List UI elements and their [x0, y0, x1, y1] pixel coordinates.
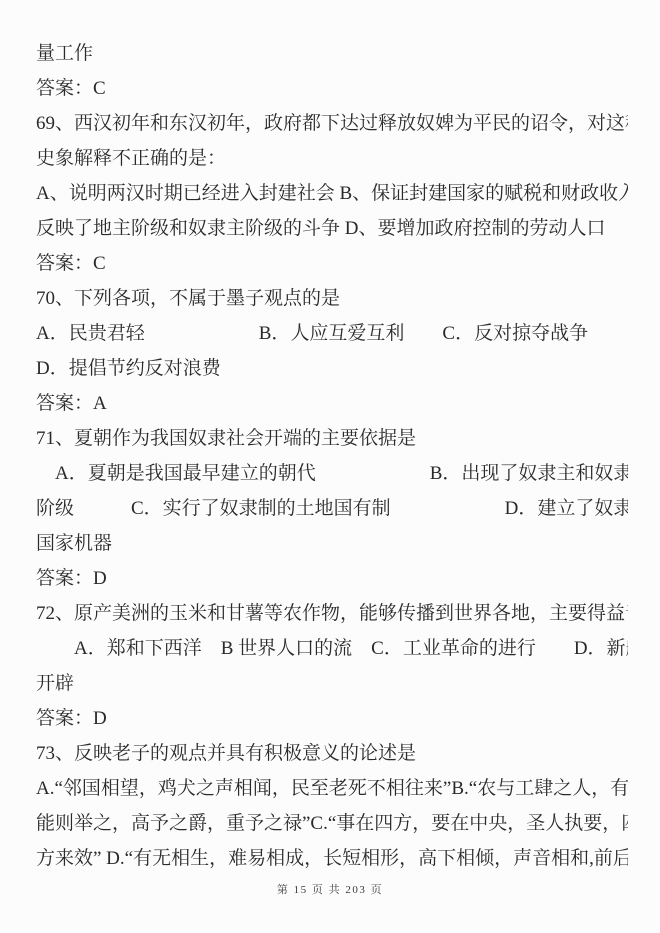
page-text-content: 量工作 答案：C 69、西汉初年和东汉初年，政府都下达过释放奴婢为平民的诏令，对…: [36, 36, 628, 876]
exam-document-page: 量工作 答案：C 69、西汉初年和东汉初年，政府都下达过释放奴婢为平民的诏令，对…: [0, 0, 660, 933]
question-72-options-line-2: 开辟: [36, 666, 628, 701]
question-69-answer-line: 答案：C: [36, 246, 628, 281]
question-70-answer-line: 答案：A: [36, 386, 628, 421]
question-73-options-line-2: 能则举之，高予之爵，重予之禄”C.“事在四方，要在中央，圣人执要，四: [36, 806, 628, 841]
question-71-options-line-3: 国家机器: [36, 526, 628, 561]
question-72-options-line-1: A．郑和下西洋 B 世界人口的流 C．工业革命的进行 D．新航路的: [36, 631, 628, 666]
prev-question-answer-line: 答案：C: [36, 71, 628, 106]
question-72-answer-line: 答案：D: [36, 701, 628, 736]
question-71-options-line-2: 阶级 C．实行了奴隶制的土地国有制 D．建立了奴隶制: [36, 491, 628, 526]
question-69-options-line-1: A、说明两汉时期已经进入封建社会 B、保证封建国家的赋税和财政收入 C、: [36, 176, 628, 211]
question-73-options-line-1: A.“邻国相望，鸡犬之声相闻，民至老死不相往来”B.“农与工肆之人，有: [36, 771, 628, 806]
question-71-options-line-1: A．夏朝是我国最早建立的朝代 B．出现了奴隶主和奴隶: [36, 456, 628, 491]
question-73-options-line-3: 方来效” D.“有无相生，难易相成，长短相形，高下相倾，声音相和,前后: [36, 841, 628, 876]
question-70-options-line-1: A．民贵君轻 B．人应互爱互利 C．反对掠夺战争: [36, 316, 628, 351]
question-72-stem-line: 72、原产美洲的玉米和甘薯等农作物，能够传播到世界各地，主要得益于: [36, 596, 628, 631]
question-69-stem-line-1: 69、西汉初年和东汉初年，政府都下达过释放奴婢为平民的诏令，对这种历: [36, 106, 628, 141]
question-73-stem-line: 73、反映老子的观点并具有积极意义的论述是: [36, 736, 628, 771]
question-69-options-line-2: 反映了地主阶级和奴隶主阶级的斗争 D、要增加政府控制的劳动人口: [36, 211, 628, 246]
question-71-answer-line: 答案：D: [36, 561, 628, 596]
prev-question-continuation-line: 量工作: [36, 36, 628, 71]
page-number-indicator: 第 15 页 共 203 页: [277, 884, 383, 896]
question-70-stem-line: 70、下列各项，不属于墨子观点的是: [36, 281, 628, 316]
question-70-options-line-2: D．提倡节约反对浪费: [36, 351, 628, 386]
page-footer: 第 15 页 共 203 页: [0, 882, 660, 898]
question-71-stem-line: 71、夏朝作为我国奴隶社会开端的主要依据是: [36, 421, 628, 456]
question-69-stem-line-2: 史象解释不正确的是：: [36, 141, 628, 176]
